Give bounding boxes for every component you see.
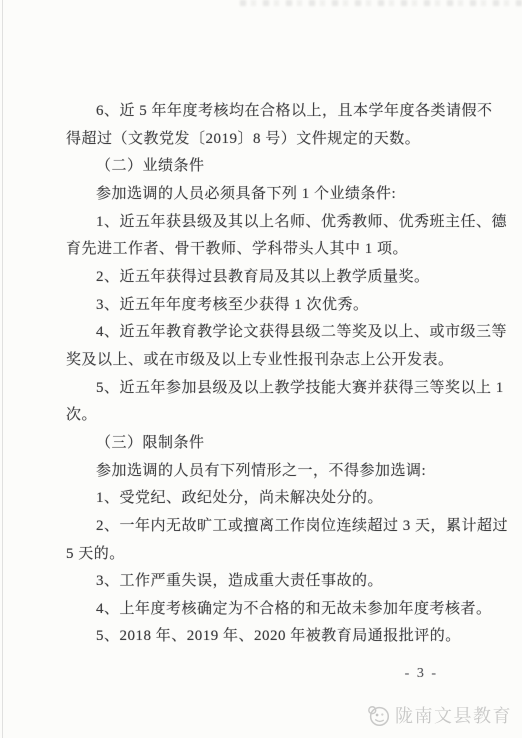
- text-line: （三）限制条件: [66, 430, 490, 458]
- official-account-logo-icon: [367, 704, 390, 727]
- scan-edge-artifact: [2, 0, 3, 738]
- text-line: 6、近 5 年年度考核均在合格以上，且本学年度各类请假不: [66, 98, 490, 126]
- text-line: 5、2018 年、2019 年、2020 年被教育局通报批评的。: [66, 623, 490, 651]
- text-line: 5 天的。: [66, 541, 490, 569]
- scan-noise-artifact: [240, 0, 522, 6]
- text-line: 3、工作严重失误，造成重大责任事故的。: [66, 568, 490, 596]
- text-line: 4、近五年教育教学论文获得县级二等奖及以上、或市级三等: [66, 319, 490, 347]
- text-line: 1、近五年获县级及其以上名师、优秀教师、优秀班主任、德: [66, 209, 490, 237]
- text-line: 育先进工作者、骨干教师、学科带头人其中 1 项。: [66, 236, 490, 264]
- text-line: 2、近五年获得过县教育局及其以上教学质量奖。: [66, 264, 490, 292]
- text-line: 5、近五年参加县级及以上教学技能大赛并获得三等奖以上 1: [66, 375, 490, 403]
- text-line: 2、一年内无故旷工或擅离工作岗位连续超过 3 天，累计超过: [66, 513, 490, 541]
- watermark: 陇南文县教育: [367, 702, 512, 728]
- text-line: 参加选调的人员必须具备下列 1 个业绩条件:: [66, 181, 490, 209]
- document-body: 6、近 5 年年度考核均在合格以上，且本学年度各类请假不得超过（文教党发〔201…: [66, 98, 490, 651]
- watermark-label: 陇南文县教育: [395, 702, 512, 728]
- page-number: - 3 -: [405, 666, 438, 682]
- text-lines: 6、近 5 年年度考核均在合格以上，且本学年度各类请假不得超过（文教党发〔201…: [66, 98, 490, 651]
- text-line: 次。: [66, 402, 490, 430]
- text-line: 奖及以上、或在市级及以上专业性报刊杂志上公开发表。: [66, 347, 490, 375]
- text-line: 参加选调的人员有下列情形之一，不得参加选调:: [66, 458, 490, 486]
- text-line: 得超过（文教党发〔2019〕8 号）文件规定的天数。: [66, 126, 490, 154]
- text-line: 4、上年度考核确定为不合格的和无故未参加年度考核者。: [66, 596, 490, 624]
- text-line: （二）业绩条件: [66, 153, 490, 181]
- text-line: 3、近五年年度考核至少获得 1 次优秀。: [66, 292, 490, 320]
- text-line: 1、受党纪、政纪处分，尚未解决处分的。: [66, 485, 490, 513]
